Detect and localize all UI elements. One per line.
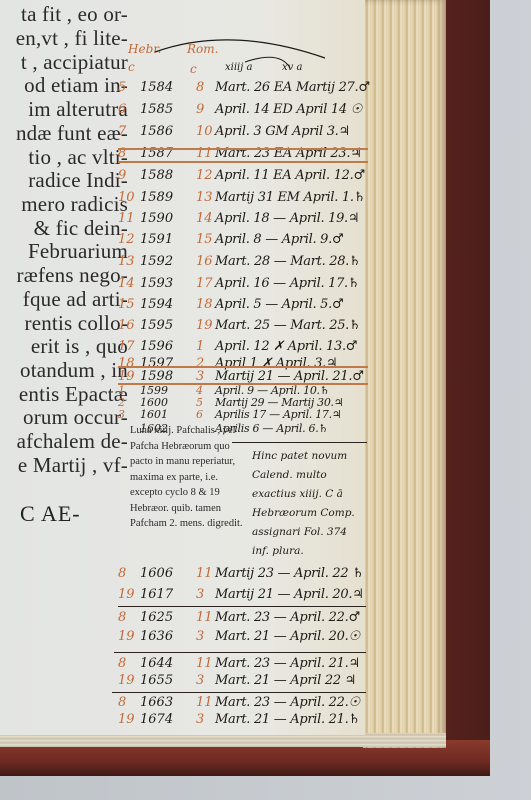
table-row: 11159014April. 18 — April. 19.♃ <box>118 211 368 229</box>
cycle-number: 15 <box>118 297 138 312</box>
printed-line: en,vt , fi lite- <box>16 26 128 51</box>
epact: 3 <box>196 712 204 727</box>
dates: Aprilis 17 — April. 17.♃ <box>215 408 341 421</box>
year: 1663 <box>140 695 173 710</box>
dates: April. 14 ED April 14 ☉ <box>215 102 362 117</box>
cycle-number: 3 <box>118 408 138 421</box>
dates: Mart. 25 — Mart. 25.♄ <box>215 318 360 333</box>
epact: 19 <box>196 318 213 333</box>
epact: 8 <box>196 80 204 95</box>
book-page: ta fit , eo or- en,vt , fi lite- t , acc… <box>0 0 365 735</box>
strike-line <box>118 161 368 163</box>
cycle-number: 8 <box>118 566 138 581</box>
dates: Mart. 21 — April. 20.☉ <box>215 629 360 644</box>
year: 1594 <box>140 297 173 312</box>
dates: April. 11 EA April. 12.♂ <box>215 168 365 183</box>
dates: Martij 21 — April. 21.♂ <box>215 369 364 384</box>
dates: April. 16 — April. 17.♄ <box>215 276 359 291</box>
epact: 11 <box>196 610 213 625</box>
epact: 1 <box>196 339 204 354</box>
epact: 6 <box>196 408 203 421</box>
dates: April. 12 ✗ April. 13.♂ <box>215 339 357 354</box>
year: 1593 <box>140 276 173 291</box>
epact: 16 <box>196 254 213 269</box>
printed-line: erit is , quo <box>31 334 128 359</box>
year: 1590 <box>140 211 173 226</box>
year: 1588 <box>140 168 173 183</box>
table-row: 10158913Martij 31 EM April. 1.♄ <box>118 190 368 208</box>
printed-line: orum occur- <box>23 405 128 430</box>
epact: 3 <box>196 673 204 688</box>
table-row: 8160611Martij 23 — April. 22 ♄ <box>118 566 368 584</box>
year: 1589 <box>140 190 173 205</box>
epact: 18 <box>196 297 213 312</box>
dates: Mart. 28 — Mart. 28.♄ <box>215 254 360 269</box>
table-row: 8164411Mart. 23 — April. 21.♃ <box>118 656 368 674</box>
year: 1592 <box>140 254 173 269</box>
dates: Mart. 23 — April. 22.♂ <box>215 610 360 625</box>
year: 1655 <box>140 673 173 688</box>
table-row: 13159216Mart. 28 — Mart. 28.♄ <box>118 254 368 272</box>
epact: 17 <box>196 276 213 291</box>
table-row: 515848Mart. 26 EA Martij 27.♂ <box>118 80 368 98</box>
printed-line: radice Indi- <box>28 168 128 193</box>
epact: 3 <box>196 587 204 602</box>
strike-line <box>118 366 368 368</box>
dates: Martij 23 — April. 22 ♄ <box>215 566 364 581</box>
dates: Mart. 21 — April. 21.♄ <box>215 712 360 727</box>
year: 1595 <box>140 318 173 333</box>
divider-rule <box>114 652 366 653</box>
dates: Martij 21 — April. 20.♃ <box>215 587 364 602</box>
year: 1596 <box>140 339 173 354</box>
year: 1601 <box>140 408 168 421</box>
cycle-number: 19 <box>118 369 138 384</box>
year: 1591 <box>140 232 173 247</box>
year: 1584 <box>140 80 173 95</box>
cycle-number: 13 <box>118 254 138 269</box>
table-row: 12159115April. 8 — April. 9.♂ <box>118 232 368 250</box>
printed-line: od etiam in- <box>24 73 128 98</box>
dates: April. 3 GM April 3.♃ <box>215 124 350 139</box>
cycle-number: 5 <box>118 80 138 95</box>
printed-line: entis Epactæ <box>19 382 128 407</box>
catchword: C AE- <box>20 501 81 527</box>
epact: 9 <box>196 102 204 117</box>
epact: 11 <box>196 656 213 671</box>
printed-line: tio , ac vlti- <box>28 145 128 170</box>
dates: April. 5 — April. 5.♂ <box>215 297 343 312</box>
cycle-number: 19 <box>118 712 138 727</box>
epact: 15 <box>196 232 213 247</box>
cycle-number: 7 <box>118 124 138 139</box>
epact: 12 <box>196 168 213 183</box>
cycle-number: 19 <box>118 587 138 602</box>
year: 1606 <box>140 566 173 581</box>
cycle-number: 11 <box>118 211 138 226</box>
dates: April. 8 — April. 9.♂ <box>215 232 343 247</box>
printed-side-note: Luna xiiij. Pafchalis , vel Pafcha Hebræ… <box>130 423 248 532</box>
epact: 11 <box>196 695 213 710</box>
table-row: 1916743Mart. 21 — April. 21.♄ <box>118 712 368 730</box>
printed-line: afchalem de- <box>17 429 128 454</box>
cycle-number: 17 <box>118 339 138 354</box>
printed-line: otandum , in <box>20 358 128 383</box>
printed-line: ndæ funt eæ- <box>16 121 128 146</box>
table-row: 8166311Mart. 23 — April. 22.☉ <box>118 695 368 713</box>
table-row: 1916363Mart. 21 — April. 20.☉ <box>118 629 368 647</box>
cycle-number: 10 <box>118 190 138 205</box>
cycle-number: 14 <box>118 276 138 291</box>
table-row: 1916553Mart. 21 — April 22 ♃ <box>118 673 368 691</box>
dates: Mart. 21 — April 22 ♃ <box>215 673 356 688</box>
cycle-number: 19 <box>118 673 138 688</box>
table-row: 7158610April. 3 GM April 3.♃ <box>118 124 368 142</box>
page-edges-right <box>363 0 446 748</box>
table-row: 15159418April. 5 — April. 5.♂ <box>118 297 368 315</box>
table-row: 615859April. 14 ED April 14 ☉ <box>118 102 368 120</box>
printed-line: fque ad arti- <box>23 287 128 312</box>
year: 1598 <box>140 369 173 384</box>
epact: 11 <box>196 566 213 581</box>
epact: 3 <box>196 629 204 644</box>
printed-line: ta fit , eo or- <box>21 2 128 27</box>
year: 1644 <box>140 656 173 671</box>
dates: Mart. 23 — April. 22.☉ <box>215 695 360 710</box>
printed-line: t , accipiatur <box>21 50 128 75</box>
year: 1674 <box>140 712 173 727</box>
divider-rule <box>112 692 366 693</box>
divider-rule <box>118 606 366 607</box>
dates: Mart. 23 — April. 21.♃ <box>215 656 360 671</box>
cycle-number: 8 <box>118 656 138 671</box>
dates: April. 18 — April. 19.♃ <box>215 211 359 226</box>
epact: 10 <box>196 124 213 139</box>
year: 1617 <box>140 587 173 602</box>
table-row: 8162511Mart. 23 — April. 22.♂ <box>118 610 368 628</box>
printed-line: im alterutra <box>28 97 128 122</box>
printed-line: Februarium <box>28 239 128 264</box>
cycle-number: 19 <box>118 629 138 644</box>
printed-line: e Martij , vf- <box>18 453 128 478</box>
year: 1586 <box>140 124 173 139</box>
header-sub1: c <box>128 60 135 74</box>
table-row: 1916173Martij 21 — April. 20.♃ <box>118 587 368 605</box>
table-row: 14159317April. 16 — April. 17.♄ <box>118 276 368 294</box>
divider-rule <box>232 442 367 443</box>
strike-line <box>118 148 368 150</box>
table-row: 9158812April. 11 EA April. 12.♂ <box>118 168 368 186</box>
table-row: 1715961April. 12 ✗ April. 13.♂ <box>118 339 368 357</box>
year: 1585 <box>140 102 173 117</box>
dates: Mart. 26 EA Martij 27.♂ <box>215 80 370 95</box>
printed-line: ræfens nego- <box>17 263 128 288</box>
cycle-number: 16 <box>118 318 138 333</box>
table-row: 16159519Mart. 25 — Mart. 25.♄ <box>118 318 368 336</box>
epact: 3 <box>196 369 204 384</box>
year: 1636 <box>140 629 173 644</box>
cycle-number: 8 <box>118 695 138 710</box>
cycle-number: 12 <box>118 232 138 247</box>
handwritten-note: Hinc patet novum Calend. multo exactius … <box>252 447 367 561</box>
bracket-arc-icon <box>150 30 330 75</box>
page-edges-bottom <box>0 733 446 747</box>
cycle-number: 6 <box>118 102 138 117</box>
cycle-number: 9 <box>118 168 138 183</box>
year: 1625 <box>140 610 173 625</box>
epact: 13 <box>196 190 213 205</box>
dates: Martij 31 EM April. 1.♄ <box>215 190 365 205</box>
cycle-number: 8 <box>118 610 138 625</box>
printed-line: mero radicis <box>21 192 128 217</box>
epact: 14 <box>196 211 213 226</box>
printed-line: & fic dein- <box>34 216 128 241</box>
printed-line: rentis collo- <box>25 311 129 336</box>
